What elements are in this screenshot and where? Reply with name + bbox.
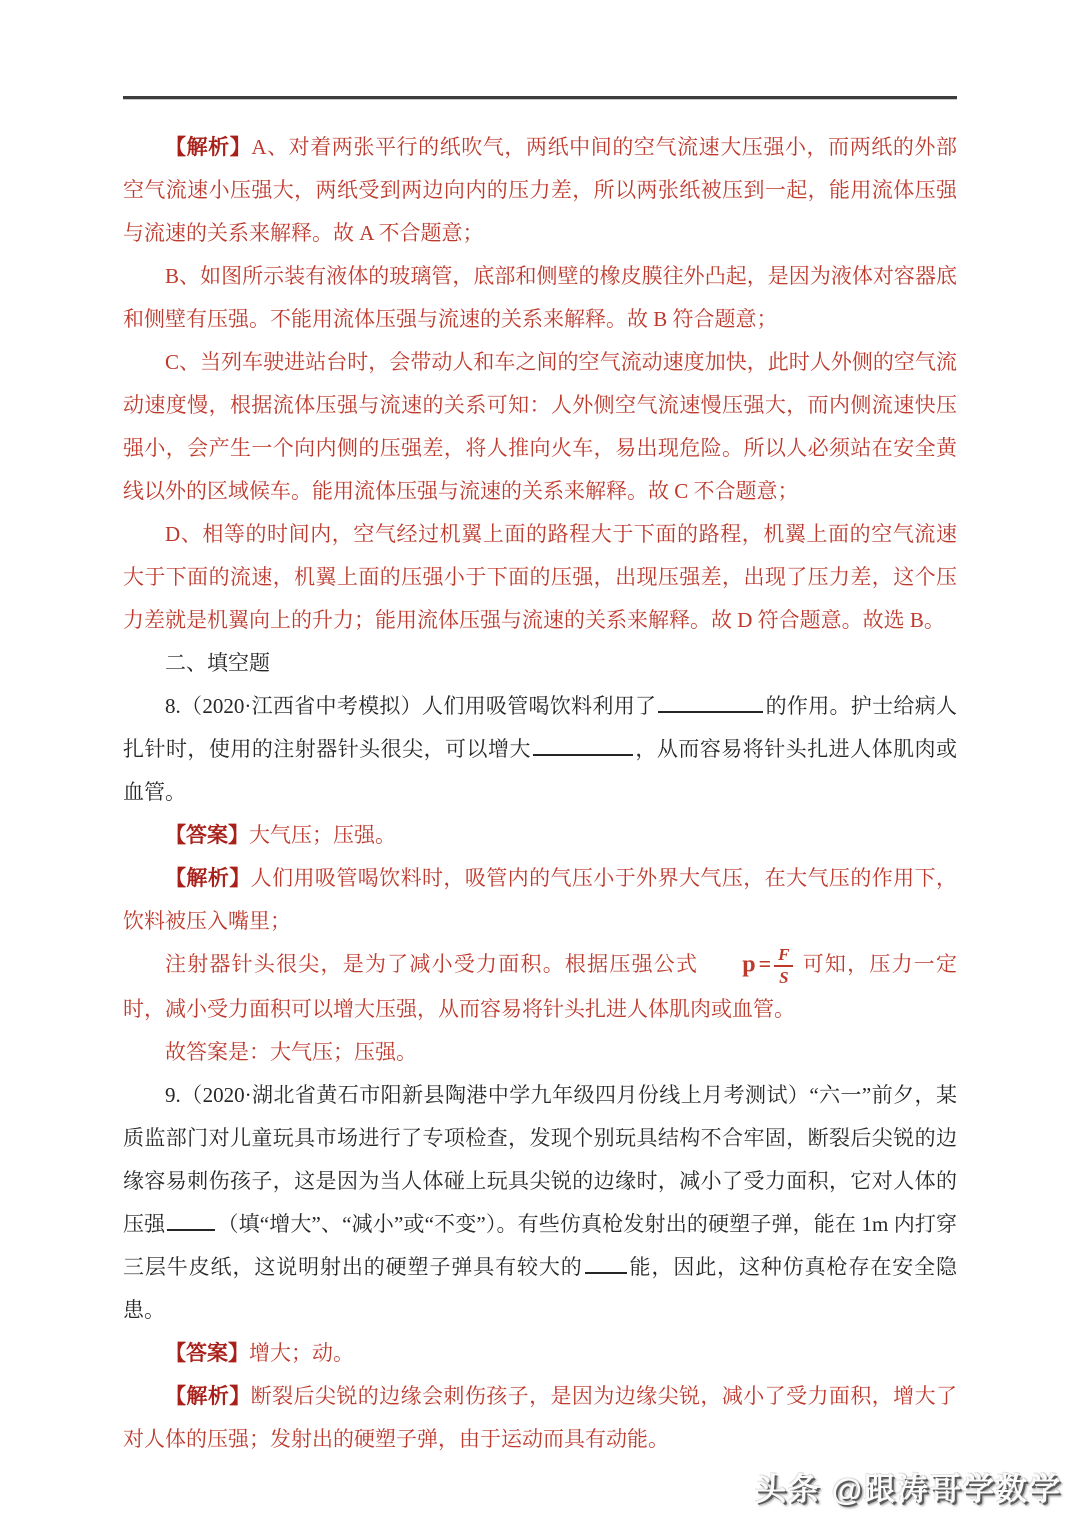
text-run: 大气压；压强。: [249, 823, 396, 847]
text-run: 注射器针头很尖，是为了减小受力面积。根据压强公式: [165, 952, 698, 976]
formula-symbol-p: p: [742, 951, 755, 977]
header-rule: [123, 96, 957, 100]
text-run: 二、填空题: [165, 651, 270, 675]
document-page: 【解析】A、对着两张平行的纸吹气，两纸中间的空气流速大压强小，而两纸的外部空气流…: [0, 0, 1080, 1527]
answer-9: 【答案】增大；动。: [123, 1332, 957, 1375]
solution-8-paragraph-3: 故答案是：大气压；压强。: [123, 1031, 957, 1074]
formula-fraction: FS: [774, 945, 793, 988]
solution-7-paragraph-c: C、当列车驶进站台时，会带动人和车之间的空气流动速度加快，此时人外侧的空气流动速…: [123, 341, 957, 513]
text-run: C、当列车驶进站台时，会带动人和车之间的空气流动速度加快，此时人外侧的空气流动速…: [123, 350, 957, 503]
watermark: 头条 @跟涛哥学数学: [755, 1464, 1062, 1509]
bracket-label: 【答案】: [165, 1341, 249, 1365]
solution-7-paragraph-d: D、相等的时间内，空气经过机翼上面的路程大于下面的路程，机翼上面的空气流速大于下…: [123, 513, 957, 642]
solution-8-paragraph-2: 注射器针头很尖，是为了减小受力面积。根据压强公式p=FS可知，压力一定时，减小受…: [123, 943, 957, 1031]
text-run: D、相等的时间内，空气经过机翼上面的路程大于下面的路程，机翼上面的空气流速大于下…: [123, 522, 957, 632]
solution-7-paragraph-a: 【解析】A、对着两张平行的纸吹气，两纸中间的空气流速大压强小，而两纸的外部空气流…: [123, 126, 957, 255]
bracket-label: 【解析】: [165, 866, 251, 890]
document-body: 【解析】A、对着两张平行的纸吹气，两纸中间的空气流速大压强小，而两纸的外部空气流…: [123, 126, 957, 1461]
formula-numerator: F: [774, 945, 793, 968]
blank-underline: [658, 691, 763, 713]
question-9: 9.（2020·湖北省黄石市阳新县陶港中学九年级四月份线上月考测试）“六一”前夕…: [123, 1074, 957, 1332]
question-8: 8.（2020·江西省中考模拟）人们用吸管喝饮料利用了的作用。护士给病人扎针时，…: [123, 685, 957, 814]
solution-7-paragraph-b: B、如图所示装有液体的玻璃管，底部和侧壁的橡皮膜往外凸起，是因为液体对容器底和侧…: [123, 255, 957, 341]
text-run: B、如图所示装有液体的玻璃管，底部和侧壁的橡皮膜往外凸起，是因为液体对容器底和侧…: [123, 264, 957, 331]
section-heading-fill-in-blanks: 二、填空题: [123, 642, 957, 685]
solution-9: 【解析】断裂后尖锐的边缘会刺伤孩子，是因为边缘尖锐，减小了受力面积，增大了对人体…: [123, 1375, 957, 1461]
formula-equals: =: [756, 951, 775, 976]
bracket-label: 【解析】: [165, 1384, 251, 1408]
text-run: 故答案是：大气压；压强。: [165, 1040, 417, 1064]
text-run: 增大；动。: [249, 1341, 354, 1365]
pressure-formula: p=FS: [742, 945, 793, 988]
text-run: 8.（2020·江西省中考模拟）人们用吸管喝饮料利用了: [165, 694, 656, 718]
blank-underline: [533, 734, 633, 756]
blank-underline: [167, 1209, 215, 1231]
blank-underline: [585, 1252, 627, 1274]
answer-8: 【答案】大气压；压强。: [123, 814, 957, 857]
bracket-label: 【解析】: [165, 135, 251, 159]
formula-denominator: S: [774, 967, 793, 988]
bracket-label: 【答案】: [165, 823, 249, 847]
solution-8-paragraph-1: 【解析】人们用吸管喝饮料时，吸管内的气压小于外界大气压，在大气压的作用下，饮料被…: [123, 857, 957, 943]
